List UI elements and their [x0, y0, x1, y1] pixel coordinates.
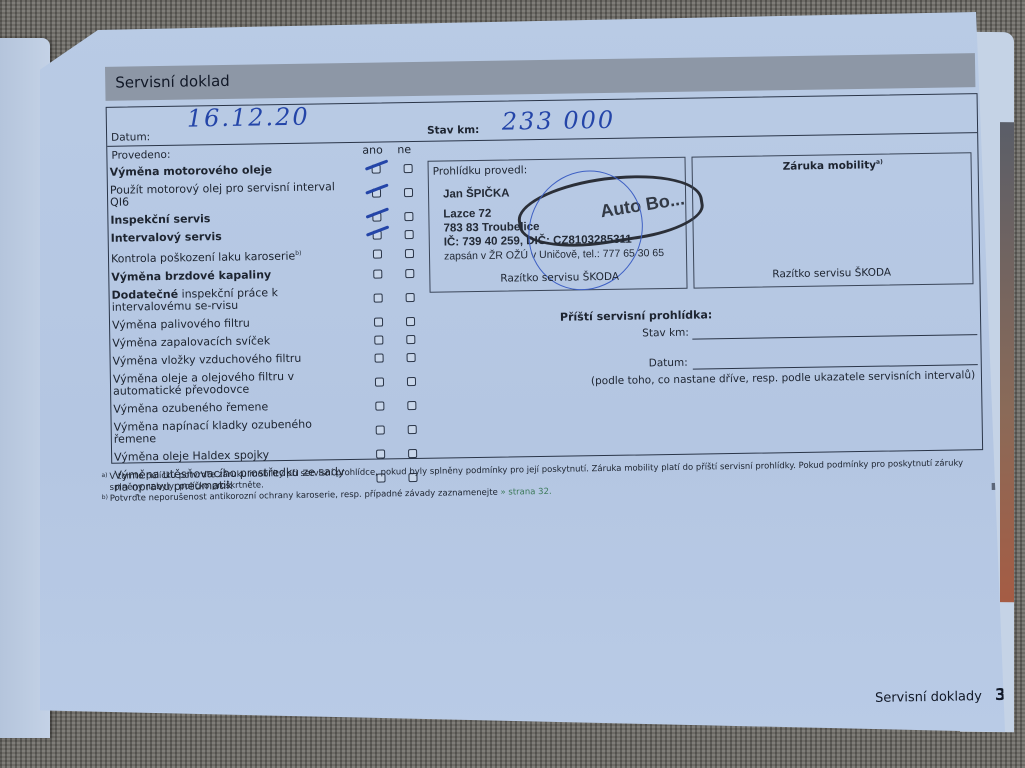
checkbox-yes[interactable]	[374, 317, 383, 326]
page-link[interactable]: » strana 32.	[500, 487, 551, 498]
checklist-item-label: Výměna vložky vzduchového filtru	[113, 352, 348, 368]
checklist-item-label: Výměna ozubeného řemene	[113, 400, 348, 416]
checkbox-no[interactable]	[404, 212, 413, 221]
checklist-item: Výměna napínací kladky ozubeného řemene	[114, 414, 424, 449]
checkbox-yes[interactable]	[375, 353, 384, 362]
inspection-caption: Razítko servisu ŠKODA	[500, 271, 619, 285]
checkbox-no[interactable]	[408, 425, 417, 434]
date-value[interactable]: 16.12.20	[187, 103, 310, 133]
header-row: Datum: 16.12.20 Stav km: 233 000	[107, 94, 978, 147]
checklist-item: Výměna oleje a olejového filtru v automa…	[113, 366, 423, 401]
stamp-line-1: Jan ŠPIČKA	[443, 187, 510, 202]
footer-section: Servisní doklady	[875, 689, 982, 706]
mobility-caption: Razítko servisu ŠKODA	[772, 267, 891, 281]
footnote-b-mark: b)	[102, 492, 108, 503]
checklist-item-text: Výměna palivového filtru	[112, 316, 250, 331]
checklist-item-text: Výměna oleje Haldex spojky	[114, 448, 269, 463]
checklist-item-text: Výměna zapalovacích svíček	[112, 334, 270, 349]
next-date-label: Datum:	[649, 357, 688, 370]
mobility-box: Záruka mobilitya) Razítko servisu ŠKODA	[691, 152, 973, 288]
checkbox-yes[interactable]	[375, 401, 384, 410]
checkbox-no[interactable]	[405, 230, 414, 239]
next-service-note: (podle toho, co nastane dříve, resp. pod…	[591, 369, 975, 387]
checkbox-yes[interactable]	[373, 269, 382, 278]
km-value[interactable]: 233 000	[502, 106, 616, 136]
mobility-sup: a)	[876, 159, 883, 166]
checklist-item-text: Výměna ozubeného řemene	[113, 400, 268, 415]
checklist-item: Dodatečné inspekční práce k intervalovém…	[111, 282, 421, 317]
document-page: Servisní doklad Datum: 16.12.20 Stav km:…	[40, 12, 1005, 732]
inspection-box: Prohlídku provedl: Auto Bo... Jan ŠPIČKA…	[428, 157, 688, 293]
checkbox-yes[interactable]	[373, 250, 382, 259]
signature	[507, 150, 664, 311]
checklist-item-text: Kontrola poškození laku karoserie	[111, 250, 295, 266]
checklist-item-text: Výměna napínací kladky ozubeného řemene	[114, 417, 312, 445]
checkbox-no[interactable]	[407, 353, 416, 362]
next-service-title: Příští servisní prohlídka:	[560, 308, 712, 323]
date-label: Datum:	[111, 131, 150, 144]
checklist-item-bold: Výměna brzdové kapaliny	[111, 268, 271, 284]
checkbox-yes[interactable]	[376, 449, 385, 458]
checklist-item-label: Kontrola poškození laku karoserieb)	[111, 247, 346, 265]
title-bar: Servisní doklad	[105, 53, 975, 101]
checklist-item-label: Výměna napínací kladky ozubeného řemene	[114, 418, 349, 446]
checklist-item-label: Výměna zapalovacích svíček	[112, 334, 347, 350]
checklist-item-label: Výměna palivového filtru	[112, 316, 347, 332]
checklist-item-text: Výměna vložky vzduchového filtru	[113, 351, 302, 367]
checklist-item-text: Použít motorový olej pro servisní interv…	[110, 180, 335, 209]
checkbox-no[interactable]	[407, 377, 416, 386]
checkbox-no[interactable]	[405, 269, 414, 278]
checkbox-no[interactable]	[407, 401, 416, 410]
checklist-item-label: Výměna oleje a olejového filtru v automa…	[113, 370, 348, 398]
checklist-item-label: Inspekční servis	[110, 211, 345, 227]
page-content: Servisní doklad Datum: 16.12.20 Stav km:…	[95, 53, 996, 767]
stamp-line-2: Lazce 72	[443, 207, 491, 222]
checklist-item-label: Intervalový servis	[111, 229, 346, 245]
checkbox-yes[interactable]	[374, 335, 383, 344]
checkbox-yes[interactable]	[372, 213, 381, 222]
mobility-title-text: Záruka mobility	[783, 159, 877, 172]
checklist-item-label: Výměna oleje Haldex spojky	[114, 448, 349, 464]
checkbox-yes[interactable]	[375, 377, 384, 386]
back-cover-edge	[1000, 122, 1014, 602]
footnote-a-mark: a)	[101, 470, 107, 481]
mobility-title: Záruka mobilitya)	[783, 159, 883, 173]
km-label: Stav km:	[427, 124, 479, 137]
next-date-field[interactable]	[693, 364, 978, 369]
service-form: Datum: 16.12.20 Stav km: 233 000 Provede…	[106, 93, 983, 464]
checklist: Výměna motorového olejePoužít motorový o…	[110, 159, 425, 496]
checklist-item-label: Dodatečné inspekční práce k intervalovém…	[111, 286, 346, 314]
checkbox-yes[interactable]	[372, 165, 381, 174]
checkbox-no[interactable]	[406, 293, 415, 302]
checkbox-no[interactable]	[404, 188, 413, 197]
stamp-line-3: 783 83 Troubelice	[443, 220, 539, 236]
checklist-heading: Provedeno:	[111, 149, 170, 162]
checkbox-no[interactable]	[408, 449, 417, 458]
checkbox-no[interactable]	[406, 317, 415, 326]
checkbox-no[interactable]	[406, 335, 415, 344]
page-title: Servisní doklad	[115, 72, 230, 92]
checklist-item: Použít motorový olej pro servisní interv…	[110, 177, 420, 212]
checklist-item-bold: Intervalový servis	[111, 230, 222, 245]
next-km-field[interactable]	[692, 334, 977, 339]
checklist-item-label: Výměna brzdové kapaliny	[111, 268, 346, 284]
checklist-item-label: Použít motorový olej pro servisní interv…	[110, 181, 345, 209]
checkbox-no[interactable]	[404, 164, 413, 173]
checkbox-no[interactable]	[405, 249, 414, 258]
checklist-item-bold: Výměna motorového oleje	[110, 163, 273, 179]
checkbox-yes[interactable]	[373, 231, 382, 240]
checklist-item-bold: Inspekční servis	[110, 212, 210, 227]
inspection-label: Prohlídku provedl:	[433, 164, 528, 177]
checklist-item-text: Výměna oleje a olejového filtru v automa…	[113, 370, 294, 398]
checklist-item-sup: b)	[295, 250, 301, 257]
checkbox-yes[interactable]	[372, 189, 381, 198]
col-yes: ano	[362, 143, 383, 156]
checkbox-yes[interactable]	[374, 293, 383, 302]
next-km-label: Stav km:	[642, 327, 689, 340]
checkbox-yes[interactable]	[376, 425, 385, 434]
col-no: ne	[397, 143, 411, 156]
checklist-item-label: Výměna motorového oleje	[110, 163, 345, 179]
